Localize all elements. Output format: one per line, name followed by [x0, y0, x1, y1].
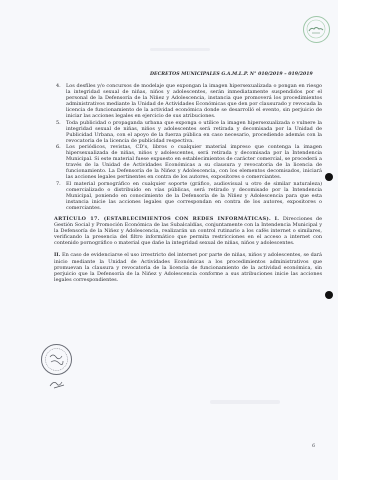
item-text: Los desfiles y/o concursos de modelaje q…: [66, 83, 322, 119]
document-header: DECRETOS MUNICIPALES G.A.M.L.P. N° 010/2…: [150, 72, 330, 77]
document-page: DECRETOS MUNICIPALES G.A.M.L.P. N° 010/2…: [0, 0, 338, 480]
paragraph-label: II.: [54, 252, 60, 258]
notary-seal-icon: [41, 344, 72, 375]
official-seal-icon: [303, 16, 330, 43]
punch-hole-icon: [325, 173, 333, 181]
article-17: ARTÍCULO 17. (ESTABLECIMIENTOS CON REDES…: [54, 216, 322, 246]
signature-icon: [48, 375, 68, 387]
list-item: 4. Los desfiles y/o concursos de modelaj…: [66, 83, 322, 120]
list-item: 7. El material pornográfico en cualquier…: [66, 181, 322, 211]
numbered-list: 4. Los desfiles y/o concursos de modelaj…: [54, 83, 322, 211]
paragraph-ii: En caso de evidenciarse el uso irrestric…: [54, 252, 322, 282]
item-number: 5.: [56, 120, 61, 126]
item-text: Toda publicidad o propaganda urbana que …: [66, 120, 322, 144]
item-number: 6.: [56, 144, 61, 150]
list-item: 6. Los periódicos, revistas, CD's, libro…: [66, 144, 322, 181]
item-text: El material pornográfico en cualquier so…: [66, 181, 322, 211]
list-item: 5. Toda publicidad o propaganda urbana q…: [66, 120, 322, 144]
scan-margin: [338, 0, 368, 480]
page-number: 6: [312, 443, 315, 449]
punch-hole-icon: [325, 291, 333, 299]
scan-artifact: [210, 400, 280, 404]
document-body: 4. Los desfiles y/o concursos de modelaj…: [54, 83, 322, 283]
scan-artifact: [150, 48, 210, 51]
paragraph-ii-block: II. En caso de evidenciarse el uso irres…: [54, 252, 322, 282]
item-number: 4.: [56, 83, 61, 89]
item-number: 7.: [56, 181, 61, 187]
item-text: Los periódicos, revistas, CD's, libros o…: [66, 144, 322, 180]
